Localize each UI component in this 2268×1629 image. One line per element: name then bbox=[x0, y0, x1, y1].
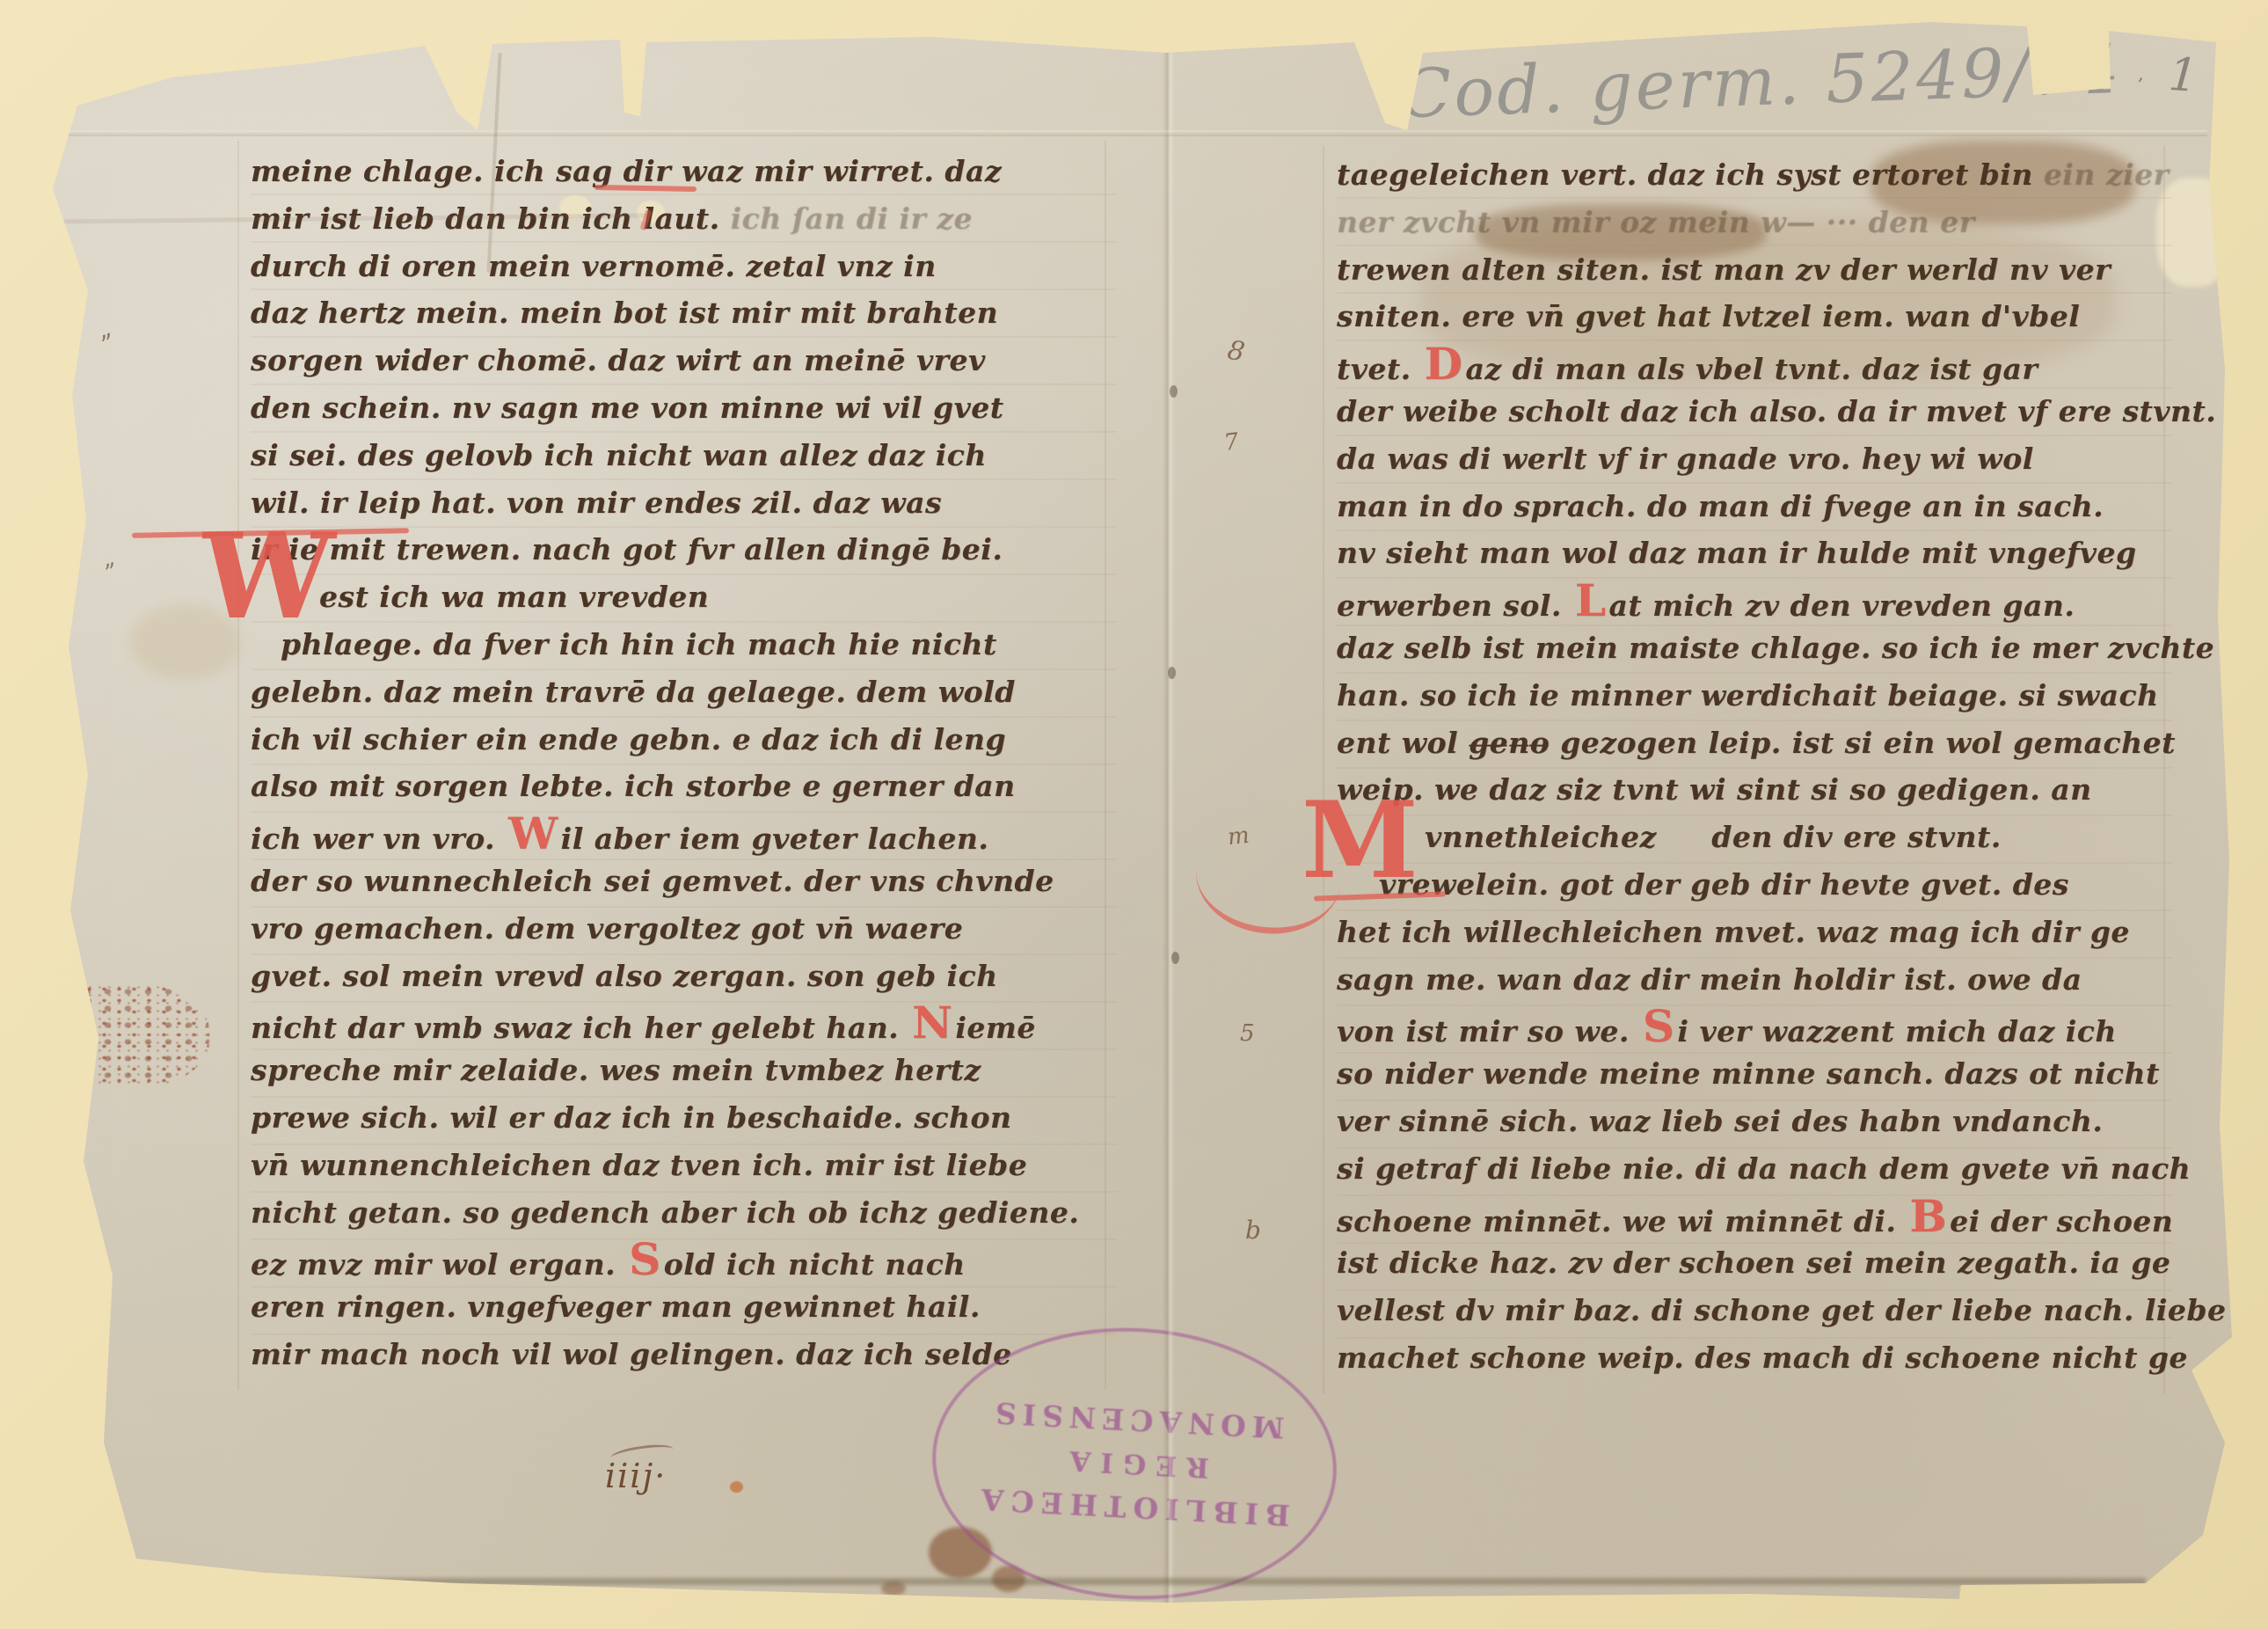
rubric-initial: L bbox=[1572, 574, 1609, 626]
manuscript-photo: Cod. germ. 5249/74 1 meine chlage. ich s… bbox=[0, 0, 2268, 1629]
line-text: gelebn. daz mein travrē da gelaege. dem … bbox=[251, 675, 1016, 709]
text-line: durch di oren mein vernomē. zetal vnz in bbox=[251, 243, 1117, 290]
line-text: nv sieht man wol daz man ir hulde mit vn… bbox=[1337, 536, 2137, 570]
line-text: ez mvz mir wol ergan. bbox=[251, 1247, 626, 1282]
text-line: gvet. sol mein vrevd also zergan. son ge… bbox=[251, 953, 1117, 1000]
rust-stain bbox=[37, 983, 209, 1089]
gutter-mark: m bbox=[1226, 822, 1251, 851]
text-line: est ich wa man vrevden bbox=[251, 573, 1117, 621]
line-text: man in do sprach. do man di fvege an in … bbox=[1337, 489, 2104, 523]
text-line: der so wunnechleich sei gemvet. der vns … bbox=[251, 858, 1117, 905]
line-text: het ich willechleichen mvet. waz mag ich… bbox=[1337, 915, 2130, 949]
line-text: vellest dv mir baz. di schone get der li… bbox=[1337, 1293, 2227, 1327]
line-text: weip. we daz siz tvnt wi sint si so gedi… bbox=[1337, 772, 2092, 807]
sewing-hole bbox=[1171, 952, 1179, 964]
left-text-column: meine chlage. ich sag dir waz mir wirret… bbox=[251, 148, 1117, 1379]
text-line: also mit sorgen lebte. ich storbe e gern… bbox=[251, 763, 1117, 810]
line-text: prewe sich. wil er daz ich in beschaide.… bbox=[251, 1100, 1012, 1135]
text-line: gelebn. daz mein travrē da gelaege. dem … bbox=[251, 668, 1117, 716]
ruling-line bbox=[1323, 145, 1324, 1394]
text-line: si sei. des gelovb ich nicht wan allez d… bbox=[251, 432, 1117, 479]
line-text: ir ie mit trewen. nach got fvr allen din… bbox=[251, 532, 1003, 566]
line-text: gvet. sol mein vrevd also zergan. son ge… bbox=[251, 959, 998, 993]
margin-mark: ” bbox=[102, 559, 120, 587]
line-text: den schein. nv sagn me von minne wi vil … bbox=[251, 391, 1004, 425]
margin-mark: ” bbox=[98, 328, 120, 360]
quire-mark: iiij· bbox=[605, 1457, 667, 1495]
text-line: man in do sprach. do man di fvege an in … bbox=[1337, 483, 2172, 530]
stamp-text: MONACENSIS bbox=[988, 1395, 1285, 1445]
line-text: il aber iem gveter lachen. bbox=[561, 822, 989, 856]
text-line: ent wol g̶e̶n̶o̶ gezogen leip. ist si ei… bbox=[1337, 720, 2172, 767]
text-line: da was di werlt vf ir gnade vro. hey wi … bbox=[1337, 435, 2172, 483]
line-text: mir ist lieb dan bin ich laut. bbox=[251, 201, 731, 236]
line-text: at mich zv den vrevden gan. bbox=[1608, 588, 2075, 623]
text-line: tvet. Daz di man als vbel tvnt. daz ist … bbox=[1337, 340, 2172, 388]
right-text-column: taegeleichen vert. daz ich syst ertoret … bbox=[1337, 151, 2172, 1383]
rubric-initial: W bbox=[506, 807, 561, 859]
line-text: durch di oren mein vernomē. zetal vnz in bbox=[251, 249, 937, 283]
text-line: von ist mir so we. Si ver wazzent mich d… bbox=[1337, 1003, 2172, 1050]
bottom-edge-shadow bbox=[132, 1578, 2146, 1585]
text-line: machet schone weip. des mach di schoene … bbox=[1337, 1334, 2172, 1382]
text-line: weip. we daz siz tvnt wi sint si so gedi… bbox=[1337, 766, 2172, 814]
line-text: so nider wende meine minne sanch. dazs o… bbox=[1337, 1056, 2160, 1091]
line-text: der so wunnechleich sei gemvet. der vns … bbox=[251, 864, 1054, 898]
parchment-leaf: Cod. germ. 5249/74 1 meine chlage. ich s… bbox=[0, 0, 2268, 1629]
faded-line-text: ein zier bbox=[2044, 157, 2170, 192]
text-line: sniten. ere vn̄ gvet hat lvtzel iem. wan… bbox=[1337, 293, 2172, 340]
sewing-hole bbox=[1168, 667, 1176, 679]
orange-stain-dot bbox=[730, 1481, 743, 1493]
text-line: vn̄ wunnenchleichen daz tven ich. mir is… bbox=[251, 1142, 1117, 1189]
text-line: spreche mir zelaide. wes mein tvmbez her… bbox=[251, 1047, 1117, 1094]
text-line: taegeleichen vert. daz ich syst ertoret … bbox=[1337, 151, 2172, 199]
text-line: der weibe scholt daz ich also. da ir mve… bbox=[1337, 388, 2172, 435]
text-line: ist dicke haz. zv der schoen sei mein ze… bbox=[1337, 1239, 2172, 1287]
line-text: da was di werlt vf ir gnade vro. hey wi … bbox=[1337, 442, 2034, 476]
faded-line-text: ich ſan di ir ze bbox=[731, 201, 973, 236]
text-line: vnnethleichez den div ere stvnt. bbox=[1337, 814, 2172, 861]
line-text: spreche mir zelaide. wes mein tvmbez her… bbox=[251, 1053, 981, 1087]
text-line: ner zvcht vn mir oz mein w— ··· den er bbox=[1337, 199, 2172, 246]
line-text: iemē bbox=[955, 1011, 1035, 1045]
rubric-initial: S bbox=[626, 1233, 664, 1285]
text-line: ich wer vn vro. Wil aber iem gveter lach… bbox=[251, 810, 1117, 858]
text-line: wil. ir leip hat. von mir endes zil. daz… bbox=[251, 479, 1117, 527]
text-line: so nider wende meine minne sanch. dazs o… bbox=[1337, 1050, 2172, 1098]
rubric-initial: B bbox=[1907, 1190, 1950, 1242]
line-text: daz selb ist mein maiste chlage. so ich … bbox=[1337, 631, 2214, 665]
line-text: az di man als vbel tvnt. daz ist gar bbox=[1466, 352, 2038, 386]
line-text: mir mach noch vil wol gelingen. daz ich … bbox=[251, 1337, 1012, 1371]
text-line: mir ist lieb dan bin ich laut. ich ſan d… bbox=[251, 195, 1117, 243]
text-line: nv sieht man wol daz man ir hulde mit vn… bbox=[1337, 530, 2172, 577]
text-line: nicht dar vmb swaz ich her gelebt han. N… bbox=[251, 999, 1117, 1047]
line-text: taegeleichen vert. daz ich syst ertoret … bbox=[1337, 157, 2044, 192]
line-text: i ver wazzent mich daz ich bbox=[1677, 1014, 2116, 1048]
line-text: ist dicke haz. zv der schoen sei mein ze… bbox=[1337, 1245, 2170, 1280]
text-line: vellest dv mir baz. di schone get der li… bbox=[1337, 1287, 2172, 1334]
large-initial-M: M bbox=[1302, 788, 1418, 894]
line-text: si sei. des gelovb ich nicht wan allez d… bbox=[251, 438, 987, 472]
stamp-text: REGIA bbox=[1059, 1444, 1209, 1484]
line-text: est ich wa man vrevden bbox=[319, 580, 709, 614]
line-text: meine chlage. ich sag dir waz mir wirret… bbox=[251, 154, 1002, 188]
line-text: sagn me. wan daz dir mein holdir ist. ow… bbox=[1337, 962, 2082, 997]
text-line: schoene minnēt. we wi minnēt di. Bei der… bbox=[1337, 1193, 2172, 1240]
text-line: prewe sich. wil er daz ich in beschaide.… bbox=[251, 1094, 1117, 1142]
text-line: ver sinnē sich. waz lieb sei des habn vn… bbox=[1337, 1098, 2172, 1145]
text-line: trewen alten siten. ist man zv der werld… bbox=[1337, 246, 2172, 294]
gutter-mark: b bbox=[1245, 1216, 1261, 1245]
text-line: nicht getan. so gedench aber ich ob ichz… bbox=[251, 1189, 1117, 1237]
line-text: trewen alten siten. ist man zv der werld… bbox=[1337, 252, 2111, 287]
line-text: wil. ir leip hat. von mir endes zil. daz… bbox=[251, 486, 942, 520]
line-text: sniten. ere vn̄ gvet hat lvtzel iem. wan… bbox=[1337, 299, 2080, 333]
line-text: old ich nicht nach bbox=[664, 1247, 966, 1282]
text-line: vro gemachen. dem vergoltez got vn̄ waer… bbox=[251, 905, 1117, 953]
line-text: vnnethleichez den div ere stvnt. bbox=[1425, 820, 2002, 854]
line-text: schoene minnēt. we wi minnēt di. bbox=[1337, 1204, 1907, 1238]
text-line: han. so ich ie minner werdichait beiage.… bbox=[1337, 672, 2172, 720]
line-text: also mit sorgen lebte. ich storbe e gern… bbox=[251, 769, 1016, 803]
text-line: het ich willechleichen mvet. waz mag ich… bbox=[1337, 909, 2172, 956]
line-text: sorgen wider chomē. daz wirt an meinē vr… bbox=[251, 343, 986, 377]
line-text: nicht dar vmb swaz ich her gelebt han. bbox=[251, 1011, 909, 1045]
margin-mark: ʼ bbox=[2137, 74, 2142, 95]
text-line: daz selb ist mein maiste chlage. so ich … bbox=[1337, 625, 2172, 672]
line-text: machet schone weip. des mach di schoene … bbox=[1337, 1340, 2188, 1375]
text-line: eren ringen. vngefveger man gewinnet hai… bbox=[251, 1283, 1117, 1331]
stamp-text: BIBLIOTHECA bbox=[974, 1482, 1291, 1533]
text-line: den schein. nv sagn me von minne wi vil … bbox=[251, 384, 1117, 432]
text-line: daz hertz mein. mein bot ist mir mit bra… bbox=[251, 289, 1117, 337]
text-line: vrewelein. got der geb dir hevte gvet. d… bbox=[1337, 861, 2172, 909]
text-line: si getraf di liebe nie. di da nach dem g… bbox=[1337, 1145, 2172, 1193]
rubric-initial: S bbox=[1640, 1000, 1678, 1052]
line-text: vn̄ wunnenchleichen daz tven ich. mir is… bbox=[251, 1148, 1027, 1182]
line-text: ich vil schier ein ende gebn. e daz ich … bbox=[251, 722, 1006, 756]
horizontal-crease bbox=[62, 130, 2207, 136]
line-text: eren ringen. vngefveger man gewinnet hai… bbox=[251, 1289, 981, 1324]
line-text: tvet. bbox=[1337, 352, 1422, 386]
text-line: sorgen wider chomē. daz wirt an meinē vr… bbox=[251, 337, 1117, 384]
line-text: der weibe scholt daz ich also. da ir mve… bbox=[1337, 394, 2216, 428]
line-text: ich wer vn vro. bbox=[251, 822, 506, 856]
text-line: erwerben sol. Lat mich zv den vrevden ga… bbox=[1337, 577, 2172, 625]
shelfmark-pencil: Cod. germ. 5249/74 bbox=[1399, 30, 2124, 134]
gutter-mark: 7 bbox=[1222, 428, 1241, 457]
text-line: ez mvz mir wol ergan. Sold ich nicht nac… bbox=[251, 1236, 1117, 1283]
rubric-initial: D bbox=[1422, 338, 1466, 390]
line-text: nicht getan. so gedench aber ich ob ichz… bbox=[251, 1195, 1079, 1230]
gutter-mark: 8 bbox=[1225, 335, 1247, 369]
line-text: vrewelein. got der geb dir hevte gvet. d… bbox=[1379, 867, 2069, 902]
line-text: ent wol g̶e̶n̶o̶ gezogen leip. ist si ei… bbox=[1337, 726, 2176, 760]
ruling-line bbox=[237, 141, 239, 1390]
faded-line-text: ner zvcht vn mir oz mein w— ··· den er bbox=[1337, 205, 1975, 239]
line-text: si getraf di liebe nie. di da nach dem g… bbox=[1337, 1151, 2191, 1186]
line-text: daz hertz mein. mein bot ist mir mit bra… bbox=[251, 296, 998, 330]
line-text: ver sinnē sich. waz lieb sei des habn vn… bbox=[1337, 1104, 2103, 1138]
line-text: vro gemachen. dem vergoltez got vn̄ waer… bbox=[251, 911, 963, 946]
text-line: phlaege. da fver ich hin ich mach hie ni… bbox=[251, 621, 1117, 668]
folio-number: 1 bbox=[2167, 48, 2199, 103]
text-line: ich vil schier ein ende gebn. e daz ich … bbox=[251, 716, 1117, 763]
gutter-mark: 5 bbox=[1240, 1020, 1255, 1047]
rubric-initial: N bbox=[909, 997, 955, 1048]
line-text: phlaege. da fver ich hin ich mach hie ni… bbox=[281, 627, 997, 661]
line-text: ei der schoen bbox=[1950, 1204, 2173, 1238]
line-text: von ist mir so we. bbox=[1337, 1014, 1640, 1048]
line-text: han. so ich ie minner werdichait beiage.… bbox=[1337, 678, 2159, 712]
sewing-hole bbox=[1170, 385, 1178, 398]
bottom-edge-sliver bbox=[1959, 1586, 2128, 1597]
line-text: erwerben sol. bbox=[1337, 588, 1572, 623]
text-line: sagn me. wan daz dir mein holdir ist. ow… bbox=[1337, 956, 2172, 1004]
